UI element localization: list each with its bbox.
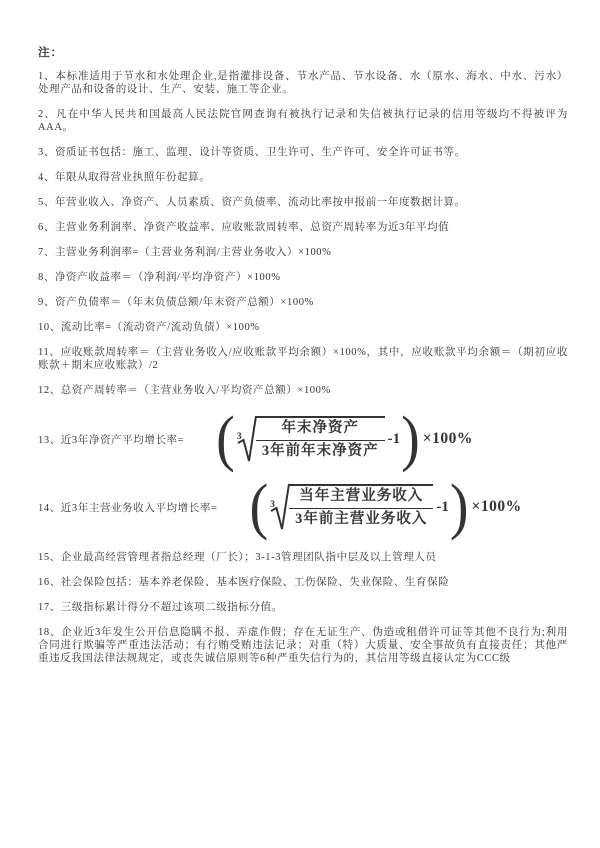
note-item-7: 7、主营业务利润率=（主营业务利润/主营业务收入）×100%	[38, 246, 568, 259]
radicand: 年末净资产 3年前年末净资产	[256, 416, 385, 461]
cube-root-icon: 3	[237, 415, 257, 463]
fraction: 当年主营业务收入 3年前主营业务收入	[289, 487, 433, 529]
note-item-17: 17、三级指标累计得分不超过该项二级指标分值。	[38, 601, 568, 614]
note-item-13-formula: 13、近3年净资产平均增长率= ( 3 年末净资产 3年前年末净资产 -1 ) …	[38, 415, 568, 463]
radicand: 当年主营业务收入 3年前主营业务收入	[289, 484, 433, 529]
root-index: 3	[270, 500, 275, 510]
note-item-11: 11、应收账款周转率＝（主营业务收入/应收账款平均余额）×100%，其中，应收账…	[38, 346, 568, 372]
note-item-3: 3、资质证书包括：施工、监理、设计等资质、卫生许可、生产许可、安全许可证书等。	[38, 146, 568, 159]
note-item-18: 18、企业近3年发生公开信息隐瞒不报、弄虚作假；存在无证生产、伪造或租借许可证等…	[38, 626, 568, 665]
times-100-percent: ×100%	[423, 430, 473, 448]
left-parenthesis: (	[216, 412, 235, 466]
fraction-denominator: 3年前主营业务收入	[289, 509, 433, 530]
note-item-15: 15、企业最高经营管理者指总经理（厂长）；3-1-3管理团队指中层及以上管理人员	[38, 551, 568, 564]
fraction-denominator: 3年前年末净资产	[256, 441, 385, 462]
minus-one: -1	[388, 431, 401, 448]
notes-title: 注：	[38, 44, 568, 60]
formula-13-expression: ( 3 年末净资产 3年前年末净资产 -1 ) ×100%	[216, 415, 473, 463]
note-item-4: 4、年限从取得营业执照年份起算。	[38, 171, 568, 184]
note-item-16: 16、社会保险包括：基本养老保险、基本医疗保险、工伤保险、失业保险、生育保险	[38, 576, 568, 589]
note-item-1: 1、本标准适用于节水和水处理企业,是指灌排设备、节水产品、节水设备、水（原水、海…	[38, 70, 568, 96]
note-item-8: 8、净资产收益率＝（净利润/平均净资产）×100%	[38, 271, 568, 284]
document-page: 注： 1、本标准适用于节水和水处理企业,是指灌排设备、节水产品、节水设备、水（原…	[0, 0, 600, 848]
times-100-percent: ×100%	[472, 498, 522, 516]
note-item-5: 5、年营业收入、净资产、人员素质、资产负债率、流动比率按申报前一年度数据计算。	[38, 196, 568, 209]
formula-14-expression: ( 3 当年主营业务收入 3年前主营业务收入 -1 ) ×100%	[249, 483, 521, 531]
right-parenthesis: )	[450, 480, 469, 534]
cube-root-icon: 3	[270, 483, 290, 531]
formula-14-label: 14、近3年主营业务收入平均增长率=	[38, 500, 217, 515]
note-item-6: 6、主营业务利润率、净资产收益率、应收账款周转率、总资产周转率为近3年平均值	[38, 221, 568, 234]
formula-13-label: 13、近3年净资产平均增长率=	[38, 432, 184, 447]
fraction-numerator: 当年主营业务收入	[289, 487, 433, 509]
fraction: 年末净资产 3年前年末净资产	[256, 419, 385, 461]
note-item-9: 9、资产负债率＝（年末负债总额/年末资产总额）×100%	[38, 296, 568, 309]
note-item-12: 12、总资产周转率＝（主营业务收入/平均资产总额）×100%	[38, 384, 568, 397]
right-parenthesis: )	[401, 412, 420, 466]
fraction-numerator: 年末净资产	[256, 419, 385, 441]
root-index: 3	[237, 432, 242, 442]
note-item-2: 2、凡在中华人民共和国最高人民法院官网查询有被执行记录和失信被执行记录的信用等级…	[38, 108, 568, 134]
minus-one: -1	[436, 499, 449, 516]
note-item-14-formula: 14、近3年主营业务收入平均增长率= ( 3 当年主营业务收入 3年前主营业务收…	[38, 483, 568, 531]
note-item-10: 10、流动比率=（流动资产/流动负债）×100%	[38, 321, 568, 334]
left-parenthesis: (	[249, 480, 268, 534]
